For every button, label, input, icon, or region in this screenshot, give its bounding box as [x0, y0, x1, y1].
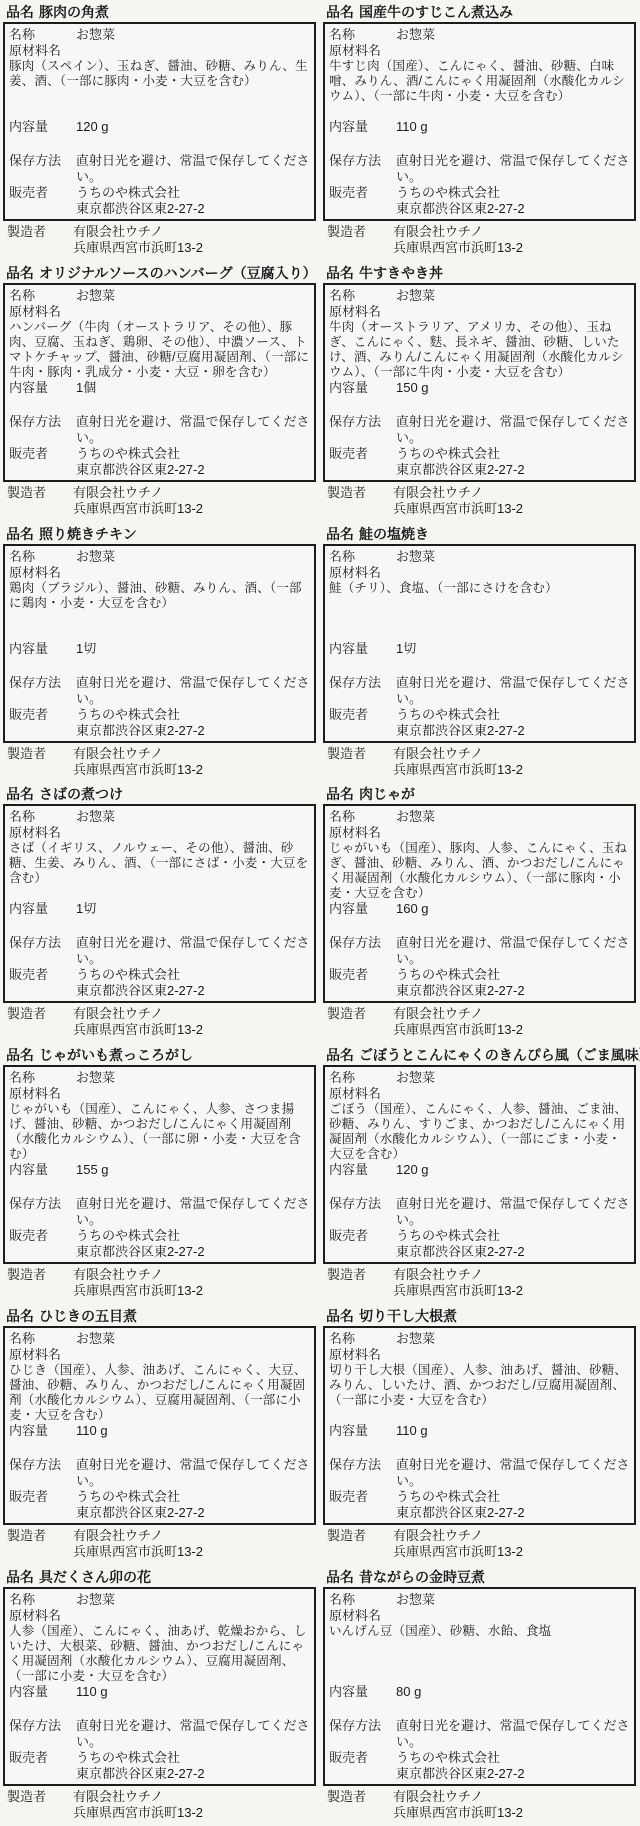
- seller-address: 東京都渋谷区東2-27-2: [396, 201, 631, 217]
- manufacturer-name: 有限会社ウチノ: [73, 1789, 163, 1804]
- net-content-row: 内容量 80 g: [329, 1684, 631, 1700]
- storage-value: 直射日光を避け、常温で保存してください。: [396, 1457, 631, 1489]
- name-value: お惣菜: [76, 549, 311, 565]
- name-field-label: 名称: [329, 288, 396, 304]
- seller-row: 販売者 うちのや株式会社: [9, 1228, 311, 1244]
- name-field-label: 名称: [9, 809, 76, 825]
- product-name-field-label: 品名: [6, 526, 34, 542]
- net-content-field-label: 内容量: [329, 380, 396, 396]
- storage-field-label: 保存方法: [329, 414, 396, 446]
- seller-address-row: 東京都渋谷区東2-27-2: [329, 462, 631, 478]
- product-label-card: 品名さばの煮つけ 名称 お惣菜 原材料名 さば（イギリス、ノルウェー、その他）、…: [0, 782, 320, 1043]
- manufacturer-field-label: 製造者: [7, 1789, 73, 1821]
- seller-field-label: 販売者: [329, 185, 396, 201]
- storage-value: 直射日光を避け、常温で保存してください。: [76, 414, 311, 446]
- name-row: 名称 お惣菜: [9, 288, 311, 304]
- seller-name: うちのや株式会社: [76, 1750, 311, 1766]
- name-row: 名称 お惣菜: [9, 549, 311, 565]
- name-field-label: 名称: [329, 549, 396, 565]
- ingredients-field-label: 原材料名: [9, 43, 311, 59]
- net-content-field-label: 内容量: [9, 641, 76, 657]
- ingredients-zone: 原材料名 牛すじ肉（国産）、こんにゃく、醤油、砂糖、白味噌、みりん、酒/こんにゃ…: [329, 43, 631, 119]
- net-content-field-label: 内容量: [9, 1423, 76, 1439]
- storage-row: 保存方法 直射日光を避け、常温で保存してください。: [9, 414, 311, 446]
- seller-address-row: 東京都渋谷区東2-27-2: [9, 462, 311, 478]
- seller-name: うちのや株式会社: [76, 1228, 311, 1244]
- product-label-card: 品名照り焼きチキン 名称 お惣菜 原材料名 鶏肉（ブラジル）、醤油、砂糖、みりん…: [0, 522, 320, 783]
- manufacturer-address: 兵庫県西宮市浜町13-2: [393, 501, 523, 516]
- manufacturer-address: 兵庫県西宮市浜町13-2: [73, 1283, 203, 1298]
- seller-address: 東京都渋谷区東2-27-2: [76, 1505, 311, 1521]
- storage-value: 直射日光を避け、常温で保存してください。: [76, 1196, 311, 1228]
- name-field-label: 名称: [9, 288, 76, 304]
- net-content-field-label: 内容量: [329, 1162, 396, 1178]
- manufacturer-address: 兵庫県西宮市浜町13-2: [393, 240, 523, 255]
- storage-row: 保存方法 直射日光を避け、常温で保存してください。: [329, 935, 631, 967]
- label-info-box: 名称 お惣菜 原材料名 じゃがいも（国産）、こんにゃく、人参、さつま揚げ、醤油、…: [3, 1065, 316, 1264]
- seller-address-row: 東京都渋谷区東2-27-2: [329, 201, 631, 217]
- ingredients-field-label: 原材料名: [9, 1608, 311, 1624]
- seller-field-label: 販売者: [9, 1750, 76, 1766]
- product-name-value: 具だくさん卯の花: [39, 1569, 151, 1585]
- manufacturer-address: 兵庫県西宮市浜町13-2: [73, 501, 203, 516]
- storage-field-label: 保存方法: [9, 1457, 76, 1489]
- ingredients-field-label: 原材料名: [329, 825, 631, 841]
- seller-address: 東京都渋谷区東2-27-2: [396, 462, 631, 478]
- seller-row: 販売者 うちのや株式会社: [329, 1489, 631, 1505]
- net-content-value: 120 g: [396, 1162, 631, 1178]
- product-name-field-label: 品名: [326, 265, 354, 281]
- label-info-box: 名称 お惣菜 原材料名 ごぼう（国産）、こんにゃく、人参、醤油、ごま油、砂糖、み…: [323, 1065, 636, 1264]
- net-content-field-label: 内容量: [9, 1684, 76, 1700]
- seller-row: 販売者 うちのや株式会社: [9, 185, 311, 201]
- manufacturer-row: 製造者 有限会社ウチノ 兵庫県西宮市浜町13-2: [323, 746, 636, 778]
- storage-value: 直射日光を避け、常温で保存してください。: [396, 675, 631, 707]
- ingredients-value: ごぼう（国産）、こんにゃく、人参、醤油、ごま油、砂糖、みりん、すりごま、かつおだ…: [329, 1102, 631, 1162]
- label-sheet: 品名豚肉の角煮 名称 お惣菜 原材料名 豚肉（スペイン）、玉ねぎ、醤油、砂糖、み…: [0, 0, 640, 1826]
- product-label-card: 品名じゃがいも煮っころがし 名称 お惣菜 原材料名 じゃがいも（国産）、こんにゃ…: [0, 1043, 320, 1304]
- net-content-value: 1個: [76, 380, 311, 396]
- net-content-row: 内容量 110 g: [329, 1423, 631, 1439]
- product-name-value: 昔ながらの金時豆煮: [359, 1569, 485, 1585]
- product-label-card: 品名国産牛のすじこん煮込み 名称 お惣菜 原材料名 牛すじ肉（国産）、こんにゃく…: [320, 0, 640, 261]
- product-name-field-label: 品名: [6, 1569, 34, 1585]
- manufacturer-row: 製造者 有限会社ウチノ 兵庫県西宮市浜町13-2: [3, 746, 316, 778]
- net-content-row: 内容量 110 g: [9, 1684, 311, 1700]
- seller-row: 販売者 うちのや株式会社: [329, 1750, 631, 1766]
- ingredients-value: 鮭（チリ）、食塩、（一部にさけを含む）: [329, 581, 631, 596]
- net-content-value: 1切: [396, 641, 631, 657]
- net-content-value: 150 g: [396, 380, 631, 396]
- net-content-value: 110 g: [76, 1684, 311, 1700]
- product-name-value: ごぼうとこんにゃくのきんぴら風（ごま風味）: [359, 1047, 640, 1063]
- storage-value: 直射日光を避け、常温で保存してください。: [396, 935, 631, 967]
- storage-value: 直射日光を避け、常温で保存してください。: [396, 414, 631, 446]
- seller-address: 東京都渋谷区東2-27-2: [396, 983, 631, 999]
- manufacturer-name: 有限会社ウチノ: [73, 1006, 163, 1021]
- seller-row: 販売者 うちのや株式会社: [9, 707, 311, 723]
- name-value: お惣菜: [76, 1070, 311, 1086]
- ingredients-field-label: 原材料名: [329, 1347, 631, 1363]
- name-value: お惣菜: [76, 27, 311, 43]
- product-name-value: 鮭の塩焼き: [359, 526, 429, 542]
- manufacturer-address: 兵庫県西宮市浜町13-2: [393, 1283, 523, 1298]
- seller-address: 東京都渋谷区東2-27-2: [76, 983, 311, 999]
- seller-field-label: 販売者: [9, 707, 76, 723]
- manufacturer-value: 有限会社ウチノ 兵庫県西宮市浜町13-2: [73, 224, 316, 256]
- manufacturer-address: 兵庫県西宮市浜町13-2: [393, 1805, 523, 1820]
- seller-address-row: 東京都渋谷区東2-27-2: [329, 1244, 631, 1260]
- name-row: 名称 お惣菜: [9, 1331, 311, 1347]
- name-row: 名称 お惣菜: [329, 549, 631, 565]
- net-content-row: 内容量 110 g: [329, 119, 631, 135]
- ingredients-value: 鶏肉（ブラジル）、醤油、砂糖、みりん、酒、（一部に鶏肉・小麦・大豆を含む）: [9, 581, 311, 611]
- product-name-line: 品名ひじきの五目煮: [3, 1307, 316, 1326]
- ingredients-zone: 原材料名 人参（国産）、こんにゃく、油あげ、乾燥おから、しいたけ、大根菜、砂糖、…: [9, 1608, 311, 1684]
- net-content-row: 内容量 110 g: [9, 1423, 311, 1439]
- storage-value: 直射日光を避け、常温で保存してください。: [76, 675, 311, 707]
- ingredients-field-label: 原材料名: [9, 1086, 311, 1102]
- product-name-line: 品名オリジナルソースのハンバーグ（豆腐入り）: [3, 264, 316, 283]
- product-label-card: 品名牛すきやき丼 名称 お惣菜 原材料名 牛肉（オーストラリア、アメリカ、その他…: [320, 261, 640, 522]
- product-name-line: 品名昔ながらの金時豆煮: [323, 1568, 636, 1587]
- seller-row: 販売者 うちのや株式会社: [9, 1489, 311, 1505]
- seller-address-row: 東京都渋谷区東2-27-2: [9, 1766, 311, 1782]
- product-name-field-label: 品名: [6, 1047, 34, 1063]
- ingredients-value: 豚肉（スペイン）、玉ねぎ、醤油、砂糖、みりん、生姜、酒、（一部に豚肉・小麦・大豆…: [9, 59, 311, 89]
- storage-row: 保存方法 直射日光を避け、常温で保存してください。: [329, 1718, 631, 1750]
- manufacturer-value: 有限会社ウチノ 兵庫県西宮市浜町13-2: [393, 224, 636, 256]
- net-content-field-label: 内容量: [9, 1162, 76, 1178]
- product-label-card: 品名ひじきの五目煮 名称 お惣菜 原材料名 ひじき（国産）、人参、油あげ、こんに…: [0, 1304, 320, 1565]
- ingredients-zone: 原材料名 ハンバーグ（牛肉（オーストラリア、その他）、豚肉、豆腐、玉ねぎ、鶏卵、…: [9, 304, 311, 380]
- manufacturer-address: 兵庫県西宮市浜町13-2: [73, 240, 203, 255]
- net-content-row: 内容量 150 g: [329, 380, 631, 396]
- storage-field-label: 保存方法: [9, 935, 76, 967]
- seller-address: 東京都渋谷区東2-27-2: [76, 723, 311, 739]
- product-name-field-label: 品名: [326, 526, 354, 542]
- manufacturer-value: 有限会社ウチノ 兵庫県西宮市浜町13-2: [393, 1006, 636, 1038]
- ingredients-zone: 原材料名 じゃがいも（国産）、こんにゃく、人参、さつま揚げ、醤油、砂糖、かつおだ…: [9, 1086, 311, 1162]
- name-value: お惣菜: [396, 1331, 631, 1347]
- product-name-line: 品名じゃがいも煮っころがし: [3, 1046, 316, 1065]
- seller-address-row: 東京都渋谷区東2-27-2: [9, 723, 311, 739]
- manufacturer-row: 製造者 有限会社ウチノ 兵庫県西宮市浜町13-2: [323, 485, 636, 517]
- manufacturer-address: 兵庫県西宮市浜町13-2: [73, 762, 203, 777]
- net-content-value: 120 g: [76, 119, 311, 135]
- name-field-label: 名称: [9, 549, 76, 565]
- ingredients-zone: 原材料名 牛肉（オーストラリア、アメリカ、その他）、玉ねぎ、こんにゃく、麩、長ネ…: [329, 304, 631, 380]
- name-field-label: 名称: [329, 1331, 396, 1347]
- manufacturer-row: 製造者 有限会社ウチノ 兵庫県西宮市浜町13-2: [3, 224, 316, 256]
- net-content-field-label: 内容量: [329, 641, 396, 657]
- seller-address-row: 東京都渋谷区東2-27-2: [9, 983, 311, 999]
- storage-value: 直射日光を避け、常温で保存してください。: [396, 153, 631, 185]
- storage-field-label: 保存方法: [329, 1196, 396, 1228]
- ingredients-value: ハンバーグ（牛肉（オーストラリア、その他）、豚肉、豆腐、玉ねぎ、鶏卵、その他）、…: [9, 320, 311, 380]
- storage-field-label: 保存方法: [9, 414, 76, 446]
- label-info-box: 名称 お惣菜 原材料名 ひじき（国産）、人参、油あげ、こんにゃく、大豆、醤油、砂…: [3, 1326, 316, 1525]
- seller-field-label: 販売者: [9, 446, 76, 462]
- manufacturer-value: 有限会社ウチノ 兵庫県西宮市浜町13-2: [73, 1006, 316, 1038]
- seller-row: 販売者 うちのや株式会社: [9, 967, 311, 983]
- manufacturer-name: 有限会社ウチノ: [73, 224, 163, 239]
- ingredients-zone: 原材料名 いんげん豆（国産）、砂糖、水飴、食塩: [329, 1608, 631, 1684]
- label-info-box: 名称 お惣菜 原材料名 いんげん豆（国産）、砂糖、水飴、食塩 内容量 80 g …: [323, 1587, 636, 1786]
- net-content-row: 内容量 120 g: [9, 119, 311, 135]
- seller-address-row: 東京都渋谷区東2-27-2: [329, 1766, 631, 1782]
- seller-field-label: 販売者: [329, 967, 396, 983]
- manufacturer-name: 有限会社ウチノ: [73, 746, 163, 761]
- ingredients-zone: 原材料名 鮭（チリ）、食塩、（一部にさけを含む）: [329, 565, 631, 641]
- storage-value: 直射日光を避け、常温で保存してください。: [76, 153, 311, 185]
- net-content-row: 内容量 1切: [9, 901, 311, 917]
- product-name-line: 品名牛すきやき丼: [323, 264, 636, 283]
- net-content-value: 80 g: [396, 1684, 631, 1700]
- product-name-field-label: 品名: [6, 1308, 34, 1324]
- manufacturer-field-label: 製造者: [7, 224, 73, 256]
- ingredients-field-label: 原材料名: [329, 43, 631, 59]
- net-content-field-label: 内容量: [329, 1423, 396, 1439]
- storage-field-label: 保存方法: [329, 935, 396, 967]
- storage-field-label: 保存方法: [329, 1457, 396, 1489]
- product-label-card: 品名豚肉の角煮 名称 お惣菜 原材料名 豚肉（スペイン）、玉ねぎ、醤油、砂糖、み…: [0, 0, 320, 261]
- net-content-field-label: 内容量: [9, 901, 76, 917]
- manufacturer-name: 有限会社ウチノ: [73, 485, 163, 500]
- seller-row: 販売者 うちのや株式会社: [329, 185, 631, 201]
- label-info-box: 名称 お惣菜 原材料名 ハンバーグ（牛肉（オーストラリア、その他）、豚肉、豆腐、…: [3, 283, 316, 482]
- seller-field-label: 販売者: [9, 185, 76, 201]
- manufacturer-field-label: 製造者: [327, 746, 393, 778]
- storage-value: 直射日光を避け、常温で保存してください。: [76, 1457, 311, 1489]
- name-value: お惣菜: [76, 1592, 311, 1608]
- name-value: お惣菜: [76, 288, 311, 304]
- name-row: 名称 お惣菜: [329, 1592, 631, 1608]
- label-info-box: 名称 お惣菜 原材料名 鮭（チリ）、食塩、（一部にさけを含む） 内容量 1切 保…: [323, 544, 636, 743]
- seller-row: 販売者 うちのや株式会社: [329, 707, 631, 723]
- net-content-field-label: 内容量: [9, 119, 76, 135]
- ingredients-zone: 原材料名 ひじき（国産）、人参、油あげ、こんにゃく、大豆、醤油、砂糖、みりん、か…: [9, 1347, 311, 1423]
- ingredients-value: 牛肉（オーストラリア、アメリカ、その他）、玉ねぎ、こんにゃく、麩、長ネギ、醤油、…: [329, 320, 631, 380]
- seller-row: 販売者 うちのや株式会社: [329, 1228, 631, 1244]
- manufacturer-row: 製造者 有限会社ウチノ 兵庫県西宮市浜町13-2: [323, 224, 636, 256]
- seller-row: 販売者 うちのや株式会社: [329, 446, 631, 462]
- name-field-label: 名称: [9, 1592, 76, 1608]
- net-content-value: 110 g: [396, 1423, 631, 1439]
- ingredients-field-label: 原材料名: [329, 1086, 631, 1102]
- name-value: お惣菜: [396, 1070, 631, 1086]
- manufacturer-row: 製造者 有限会社ウチノ 兵庫県西宮市浜町13-2: [323, 1789, 636, 1821]
- product-name-value: ひじきの五目煮: [39, 1308, 137, 1324]
- product-name-line: 品名ごぼうとこんにゃくのきんぴら風（ごま風味）: [323, 1046, 636, 1065]
- seller-address: 東京都渋谷区東2-27-2: [396, 1766, 631, 1782]
- seller-address: 東京都渋谷区東2-27-2: [396, 723, 631, 739]
- seller-field-label: 販売者: [9, 1228, 76, 1244]
- name-value: お惣菜: [396, 809, 631, 825]
- name-field-label: 名称: [9, 1070, 76, 1086]
- seller-row: 販売者 うちのや株式会社: [9, 1750, 311, 1766]
- manufacturer-field-label: 製造者: [7, 485, 73, 517]
- product-name-field-label: 品名: [326, 1308, 354, 1324]
- seller-field-label: 販売者: [329, 1750, 396, 1766]
- seller-name: うちのや株式会社: [396, 707, 631, 723]
- name-field-label: 名称: [329, 809, 396, 825]
- seller-name: うちのや株式会社: [76, 185, 311, 201]
- net-content-row: 内容量 1切: [329, 641, 631, 657]
- storage-row: 保存方法 直射日光を避け、常温で保存してください。: [9, 1196, 311, 1228]
- seller-address-row: 東京都渋谷区東2-27-2: [329, 983, 631, 999]
- manufacturer-name: 有限会社ウチノ: [393, 1789, 483, 1804]
- name-value: お惣菜: [76, 809, 311, 825]
- manufacturer-name: 有限会社ウチノ: [393, 485, 483, 500]
- ingredients-field-label: 原材料名: [329, 1608, 631, 1624]
- storage-row: 保存方法 直射日光を避け、常温で保存してください。: [329, 153, 631, 185]
- label-info-box: 名称 お惣菜 原材料名 牛すじ肉（国産）、こんにゃく、醤油、砂糖、白味噌、みりん…: [323, 22, 636, 221]
- product-label-card: 品名オリジナルソースのハンバーグ（豆腐入り） 名称 お惣菜 原材料名 ハンバーグ…: [0, 261, 320, 522]
- ingredients-zone: 原材料名 切り干し大根（国産）、人参、油あげ、醤油、砂糖、みりん、しいたけ、酒、…: [329, 1347, 631, 1423]
- storage-field-label: 保存方法: [9, 1718, 76, 1750]
- ingredients-zone: 原材料名 豚肉（スペイン）、玉ねぎ、醤油、砂糖、みりん、生姜、酒、（一部に豚肉・…: [9, 43, 311, 119]
- manufacturer-field-label: 製造者: [7, 1528, 73, 1560]
- product-name-field-label: 品名: [6, 4, 34, 20]
- product-name-line: 品名照り焼きチキン: [3, 525, 316, 544]
- manufacturer-address: 兵庫県西宮市浜町13-2: [73, 1022, 203, 1037]
- product-name-field-label: 品名: [6, 786, 34, 802]
- name-row: 名称 お惣菜: [9, 27, 311, 43]
- product-name-value: さばの煮つけ: [39, 786, 123, 802]
- net-content-field-label: 内容量: [9, 380, 76, 396]
- seller-field-label: 販売者: [9, 1489, 76, 1505]
- manufacturer-row: 製造者 有限会社ウチノ 兵庫県西宮市浜町13-2: [3, 1789, 316, 1821]
- manufacturer-value: 有限会社ウチノ 兵庫県西宮市浜町13-2: [73, 746, 316, 778]
- storage-row: 保存方法 直射日光を避け、常温で保存してください。: [9, 935, 311, 967]
- product-label-card: 品名昔ながらの金時豆煮 名称 お惣菜 原材料名 いんげん豆（国産）、砂糖、水飴、…: [320, 1565, 640, 1826]
- name-value: お惣菜: [76, 1331, 311, 1347]
- name-value: お惣菜: [396, 288, 631, 304]
- product-name-value: じゃがいも煮っころがし: [39, 1047, 193, 1063]
- ingredients-value: いんげん豆（国産）、砂糖、水飴、食塩: [329, 1624, 631, 1639]
- storage-row: 保存方法 直射日光を避け、常温で保存してください。: [329, 675, 631, 707]
- manufacturer-field-label: 製造者: [327, 1006, 393, 1038]
- storage-value: 直射日光を避け、常温で保存してください。: [396, 1196, 631, 1228]
- ingredients-zone: 原材料名 じゃがいも（国産）、豚肉、人参、こんにゃく、玉ねぎ、醤油、砂糖、みりん…: [329, 825, 631, 901]
- storage-field-label: 保存方法: [329, 675, 396, 707]
- storage-row: 保存方法 直射日光を避け、常温で保存してください。: [329, 414, 631, 446]
- product-name-value: 照り焼きチキン: [39, 526, 137, 542]
- name-row: 名称 お惣菜: [329, 1331, 631, 1347]
- product-name-value: オリジナルソースのハンバーグ（豆腐入り）: [39, 265, 317, 281]
- manufacturer-row: 製造者 有限会社ウチノ 兵庫県西宮市浜町13-2: [3, 485, 316, 517]
- manufacturer-name: 有限会社ウチノ: [73, 1267, 163, 1282]
- product-name-field-label: 品名: [326, 1569, 354, 1585]
- storage-field-label: 保存方法: [329, 153, 396, 185]
- product-name-line: 品名さばの煮つけ: [3, 785, 316, 804]
- product-name-field-label: 品名: [326, 4, 354, 20]
- seller-address-row: 東京都渋谷区東2-27-2: [9, 1244, 311, 1260]
- ingredients-value: じゃがいも（国産）、豚肉、人参、こんにゃく、玉ねぎ、醤油、砂糖、みりん、酒、かつ…: [329, 841, 631, 901]
- seller-name: うちのや株式会社: [76, 707, 311, 723]
- manufacturer-value: 有限会社ウチノ 兵庫県西宮市浜町13-2: [393, 1528, 636, 1560]
- label-info-box: 名称 お惣菜 原材料名 牛肉（オーストラリア、アメリカ、その他）、玉ねぎ、こんに…: [323, 283, 636, 482]
- ingredients-value: ひじき（国産）、人参、油あげ、こんにゃく、大豆、醤油、砂糖、みりん、かつおだし/…: [9, 1363, 311, 1423]
- seller-address: 東京都渋谷区東2-27-2: [76, 1766, 311, 1782]
- label-info-box: 名称 お惣菜 原材料名 じゃがいも（国産）、豚肉、人参、こんにゃく、玉ねぎ、醤油…: [323, 804, 636, 1003]
- name-row: 名称 お惣菜: [9, 1592, 311, 1608]
- product-name-line: 品名切り干し大根煮: [323, 1307, 636, 1326]
- manufacturer-address: 兵庫県西宮市浜町13-2: [73, 1805, 203, 1820]
- product-name-value: 豚肉の角煮: [39, 4, 109, 20]
- seller-name: うちのや株式会社: [76, 446, 311, 462]
- manufacturer-field-label: 製造者: [327, 485, 393, 517]
- manufacturer-name: 有限会社ウチノ: [393, 1267, 483, 1282]
- net-content-value: 1切: [76, 641, 311, 657]
- net-content-row: 内容量 120 g: [329, 1162, 631, 1178]
- storage-value: 直射日光を避け、常温で保存してください。: [396, 1718, 631, 1750]
- seller-name: うちのや株式会社: [396, 1489, 631, 1505]
- product-label-card: 品名肉じゃが 名称 お惣菜 原材料名 じゃがいも（国産）、豚肉、人参、こんにゃく…: [320, 782, 640, 1043]
- net-content-value: 110 g: [396, 119, 631, 135]
- seller-name: うちのや株式会社: [396, 446, 631, 462]
- storage-row: 保存方法 直射日光を避け、常温で保存してください。: [9, 675, 311, 707]
- label-info-box: 名称 お惣菜 原材料名 豚肉（スペイン）、玉ねぎ、醤油、砂糖、みりん、生姜、酒、…: [3, 22, 316, 221]
- manufacturer-field-label: 製造者: [327, 224, 393, 256]
- name-field-label: 名称: [329, 27, 396, 43]
- manufacturer-field-label: 製造者: [327, 1267, 393, 1299]
- seller-field-label: 販売者: [329, 1489, 396, 1505]
- seller-row: 販売者 うちのや株式会社: [329, 967, 631, 983]
- manufacturer-row: 製造者 有限会社ウチノ 兵庫県西宮市浜町13-2: [3, 1006, 316, 1038]
- product-name-value: 国産牛のすじこん煮込み: [359, 4, 513, 20]
- name-value: お惣菜: [396, 1592, 631, 1608]
- manufacturer-row: 製造者 有限会社ウチノ 兵庫県西宮市浜町13-2: [323, 1528, 636, 1560]
- storage-value: 直射日光を避け、常温で保存してください。: [76, 1718, 311, 1750]
- product-name-line: 品名豚肉の角煮: [3, 3, 316, 22]
- seller-field-label: 販売者: [329, 1228, 396, 1244]
- name-value: お惣菜: [396, 549, 631, 565]
- seller-address: 東京都渋谷区東2-27-2: [396, 1244, 631, 1260]
- product-name-line: 品名鮭の塩焼き: [323, 525, 636, 544]
- name-field-label: 名称: [329, 1592, 396, 1608]
- ingredients-field-label: 原材料名: [9, 825, 311, 841]
- seller-field-label: 販売者: [9, 967, 76, 983]
- seller-name: うちのや株式会社: [76, 1489, 311, 1505]
- manufacturer-field-label: 製造者: [7, 746, 73, 778]
- seller-address-row: 東京都渋谷区東2-27-2: [9, 201, 311, 217]
- manufacturer-field-label: 製造者: [7, 1267, 73, 1299]
- seller-address-row: 東京都渋谷区東2-27-2: [9, 1505, 311, 1521]
- product-name-field-label: 品名: [326, 1047, 354, 1063]
- seller-name: うちのや株式会社: [76, 967, 311, 983]
- seller-address: 東京都渋谷区東2-27-2: [76, 462, 311, 478]
- manufacturer-row: 製造者 有限会社ウチノ 兵庫県西宮市浜町13-2: [3, 1267, 316, 1299]
- net-content-value: 1切: [76, 901, 311, 917]
- seller-address: 東京都渋谷区東2-27-2: [396, 1505, 631, 1521]
- manufacturer-name: 有限会社ウチノ: [393, 746, 483, 761]
- ingredients-zone: 原材料名 ごぼう（国産）、こんにゃく、人参、醤油、ごま油、砂糖、みりん、すりごま…: [329, 1086, 631, 1162]
- storage-field-label: 保存方法: [9, 153, 76, 185]
- manufacturer-name: 有限会社ウチノ: [393, 224, 483, 239]
- name-value: お惣菜: [396, 27, 631, 43]
- ingredients-zone: 原材料名 さば（イギリス、ノルウェー、その他）、醤油、砂糖、生姜、みりん、酒、（…: [9, 825, 311, 901]
- ingredients-value: さば（イギリス、ノルウェー、その他）、醤油、砂糖、生姜、みりん、酒、（一部にさば…: [9, 841, 311, 886]
- seller-address: 東京都渋谷区東2-27-2: [76, 201, 311, 217]
- ingredients-zone: 原材料名 鶏肉（ブラジル）、醤油、砂糖、みりん、酒、（一部に鶏肉・小麦・大豆を含…: [9, 565, 311, 641]
- manufacturer-value: 有限会社ウチノ 兵庫県西宮市浜町13-2: [73, 1528, 316, 1560]
- net-content-field-label: 内容量: [329, 119, 396, 135]
- manufacturer-value: 有限会社ウチノ 兵庫県西宮市浜町13-2: [393, 485, 636, 517]
- product-name-value: 牛すきやき丼: [359, 265, 443, 281]
- storage-field-label: 保存方法: [9, 675, 76, 707]
